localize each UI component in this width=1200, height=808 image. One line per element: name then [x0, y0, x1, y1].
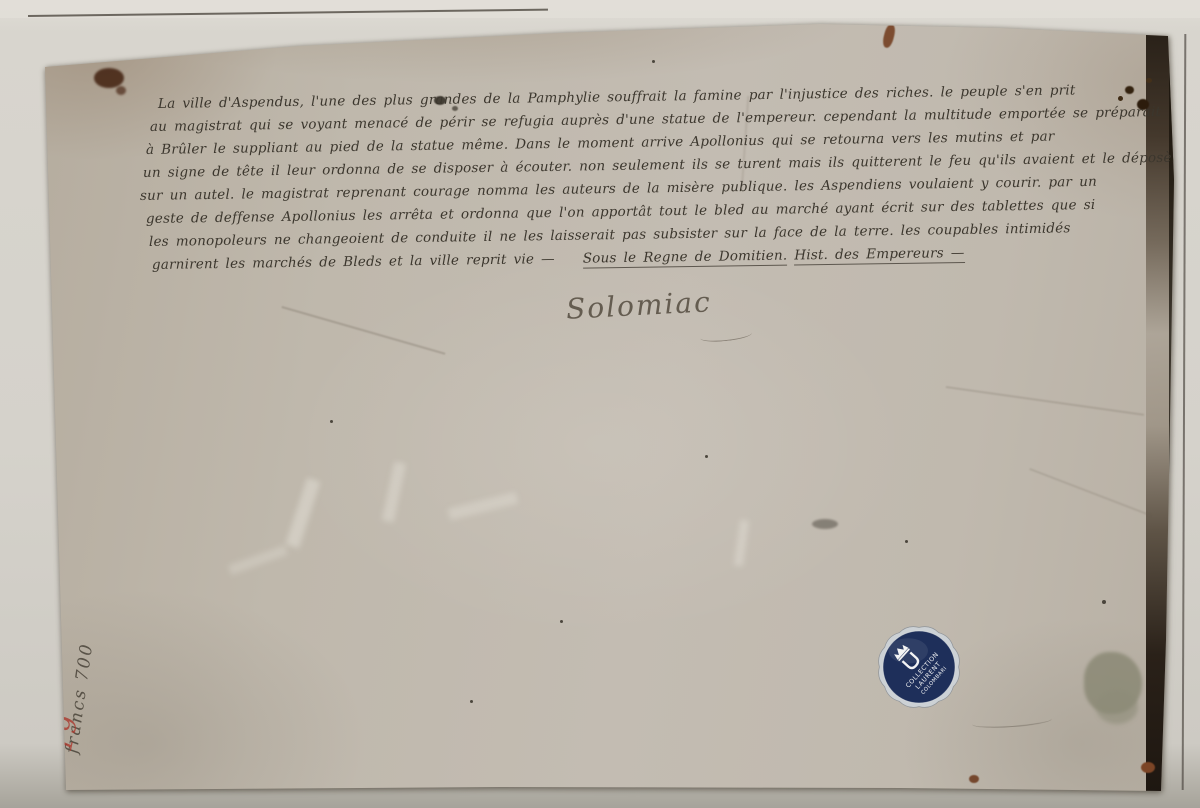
chalk-ghost-mark: [382, 461, 406, 522]
paper-crease: [946, 386, 1144, 416]
collector-stamp: COLLECTION LAURENT COLOMBARI: [874, 622, 964, 712]
stamp-gloss-highlight: [888, 638, 928, 663]
dust-speck: [905, 540, 908, 543]
manuscript-line-8-text: garnirent les marchés de Bleds et la vil…: [152, 251, 555, 273]
manuscript-line-8: garnirent les marchés de Bleds et la vil…: [152, 245, 965, 273]
burnt-right-edge: [1146, 28, 1178, 792]
foxing-spot: [1146, 78, 1152, 83]
chalk-ghost-mark: [448, 492, 519, 521]
corner-ink-blot: [94, 68, 124, 88]
paper-sheet: La ville d'Aspendus, l'une des plus gran…: [0, 0, 1200, 808]
chalk-ghost-mark: [228, 545, 288, 575]
pencil-scribble: [972, 713, 1053, 730]
paper-crease: [281, 306, 445, 355]
paper-crease: [1029, 468, 1151, 516]
dust-speck: [470, 700, 473, 703]
dust-speck: [652, 60, 655, 63]
foxing-spot: [1118, 96, 1123, 101]
chalk-ghost-mark: [286, 478, 321, 549]
dust-speck: [1102, 600, 1106, 604]
chalk-ghost-mark: [734, 520, 749, 567]
dust-speck: [560, 620, 563, 623]
rust-stain: [881, 23, 897, 49]
brown-stain-dot: [1141, 762, 1155, 773]
burnt-right-edge-core: [1169, 30, 1174, 790]
signature-flourish: [700, 327, 753, 343]
adhesive-residue-patch: [1096, 690, 1138, 724]
corner-ink-blot-small: [116, 86, 126, 95]
colophon-source: Hist. des Empereurs —: [794, 245, 964, 266]
paper-sheet-wrapper: La ville d'Aspendus, l'une des plus gran…: [0, 0, 1200, 808]
colophon-reign: Sous le Regne de Domitien.: [583, 248, 788, 269]
collector-stamp-graphic: COLLECTION LAURENT COLOMBARI: [874, 622, 964, 712]
dust-speck: [705, 455, 708, 458]
artist-signature: Solomiac: [565, 285, 712, 326]
brown-stain-dot: [969, 775, 979, 783]
foxing-spot: [1125, 86, 1134, 94]
dust-speck: [330, 420, 333, 423]
pencil-smudge: [812, 519, 838, 529]
